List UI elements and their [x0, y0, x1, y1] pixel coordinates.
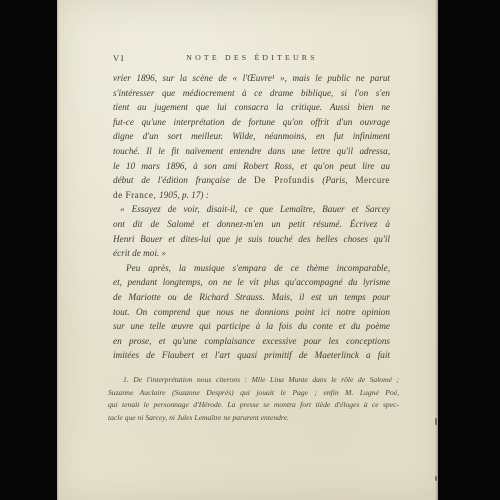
text-segment: fut-ce qu'une interprétation de fortune …	[113, 117, 390, 127]
text-line: tient au jugement que lui consacra la cr…	[113, 100, 390, 115]
paper-edge-mark	[435, 418, 437, 425]
text-segment: tout. On comprend que nous ne donnions p…	[113, 307, 390, 317]
text-segment: en prose, et qu'une complaisance excessi…	[113, 336, 390, 346]
text-line: en prose, et qu'une complaisance excessi…	[113, 334, 390, 349]
text-line: écrit de moi. »	[113, 246, 390, 261]
text-segment: qui tenait le personnage d'Hérode. La pr…	[108, 400, 399, 409]
text-segment: vrier 1896, sur la scène de « l'Œuvre¹ »…	[113, 73, 390, 83]
book-page: VI NOTE DES ÉDITEURS vrier 1896, sur la …	[57, 0, 438, 500]
text-line: le 10 mars 1896, à son ami Robert Ross, …	[113, 159, 390, 174]
footnote: 1. De l'interprétation nous citerons : M…	[108, 374, 399, 424]
text-segment: de France,	[113, 190, 159, 200]
text-line: Henri Bauer et dites-lui que je suis tou…	[113, 232, 390, 247]
text-segment: 1905, p. 17) :	[159, 190, 209, 200]
text-segment: écrit de moi. »	[113, 248, 166, 258]
text-segment: tacle que ni Sarcey, ni Jules Lemaître n…	[108, 413, 289, 422]
text-line: ont dit de Salomé et donnez-m'en un peti…	[113, 217, 390, 232]
footnote-line: Suzanne Auclaire (Suzanne Després) qui j…	[108, 387, 399, 400]
text-segment: ont dit de Salomé et donnez-m'en un peti…	[113, 219, 390, 229]
text-segment: sur une telle œuvre qui participe à la f…	[113, 321, 390, 331]
text-segment: digne d'un sort meilleur. Wilde, néanmoi…	[113, 131, 390, 141]
footnote-line: tacle que ni Sarcey, ni Jules Lemaître n…	[108, 412, 399, 425]
text-segment: et, pendant longtemps, on ne le vit plus…	[113, 277, 390, 287]
text-segment: début de l'édition française de	[113, 175, 254, 185]
text-segment: le 10 mars 1896, à son ami Robert Ross, …	[113, 161, 390, 171]
text-line: vrier 1896, sur la scène de « l'Œuvre¹ »…	[113, 71, 390, 86]
text-segment: « Essayez de voir, disait-il, ce que Lem…	[120, 204, 390, 214]
text-line: s'intéresser que médiocrement à ce drame…	[113, 86, 390, 101]
text-line: Peu après, la musique s'empara de ce thè…	[113, 261, 390, 276]
text-segment: tient au jugement que lui consacra la cr…	[113, 102, 390, 112]
text-segment: s'intéresser que médiocrement à ce drame…	[113, 88, 390, 98]
text-line: début de l'édition française de De Profu…	[113, 173, 390, 188]
text-segment: Henri Bauer et dites-lui que je suis tou…	[113, 234, 390, 244]
text-segment: Suzanne Auclaire (Suzanne Després) qui j…	[108, 388, 399, 397]
text-line: digne d'un sort meilleur. Wilde, néanmoi…	[113, 129, 390, 144]
text-line: tout. On comprend que nous ne donnions p…	[113, 305, 390, 320]
footnote-line: 1. De l'interprétation nous citerons : M…	[108, 374, 399, 387]
text-line: sur une telle œuvre qui participe à la f…	[113, 319, 390, 334]
text-segment: de Mariotte ou de Richard Strauss. Mais,…	[113, 292, 390, 302]
text-line: de France, 1905, p. 17) :	[113, 188, 390, 203]
text-line: de Mariotte ou de Richard Strauss. Mais,…	[113, 290, 390, 305]
text-line: imitées de Flaubert et l'art quasi primi…	[113, 348, 390, 363]
text-line: touché. Il le fit naïvement entendre dan…	[113, 144, 390, 159]
text-line: « Essayez de voir, disait-il, ce que Lem…	[113, 202, 390, 217]
text-segment: De Profundis	[254, 175, 314, 185]
text-segment: Mercure	[355, 175, 390, 185]
text-segment: Peu après, la musique s'empara de ce thè…	[126, 263, 390, 273]
text-segment: 1. De l'interprétation nous citerons : M…	[123, 375, 399, 384]
text-line: et, pendant longtemps, on ne le vit plus…	[113, 275, 390, 290]
text-segment: touché. Il le fit naïvement entendre dan…	[113, 146, 390, 156]
text-line: fut-ce qu'une interprétation de fortune …	[113, 115, 390, 130]
body-text: vrier 1896, sur la scène de « l'Œuvre¹ »…	[113, 71, 390, 363]
paper-edge-mark	[435, 476, 437, 481]
footnote-line: qui tenait le personnage d'Hérode. La pr…	[108, 399, 399, 412]
running-head: NOTE DES ÉDITEURS	[113, 53, 391, 62]
text-segment: imitées de Flaubert et l'art quasi primi…	[113, 350, 390, 360]
text-segment: (Paris,	[314, 175, 355, 185]
